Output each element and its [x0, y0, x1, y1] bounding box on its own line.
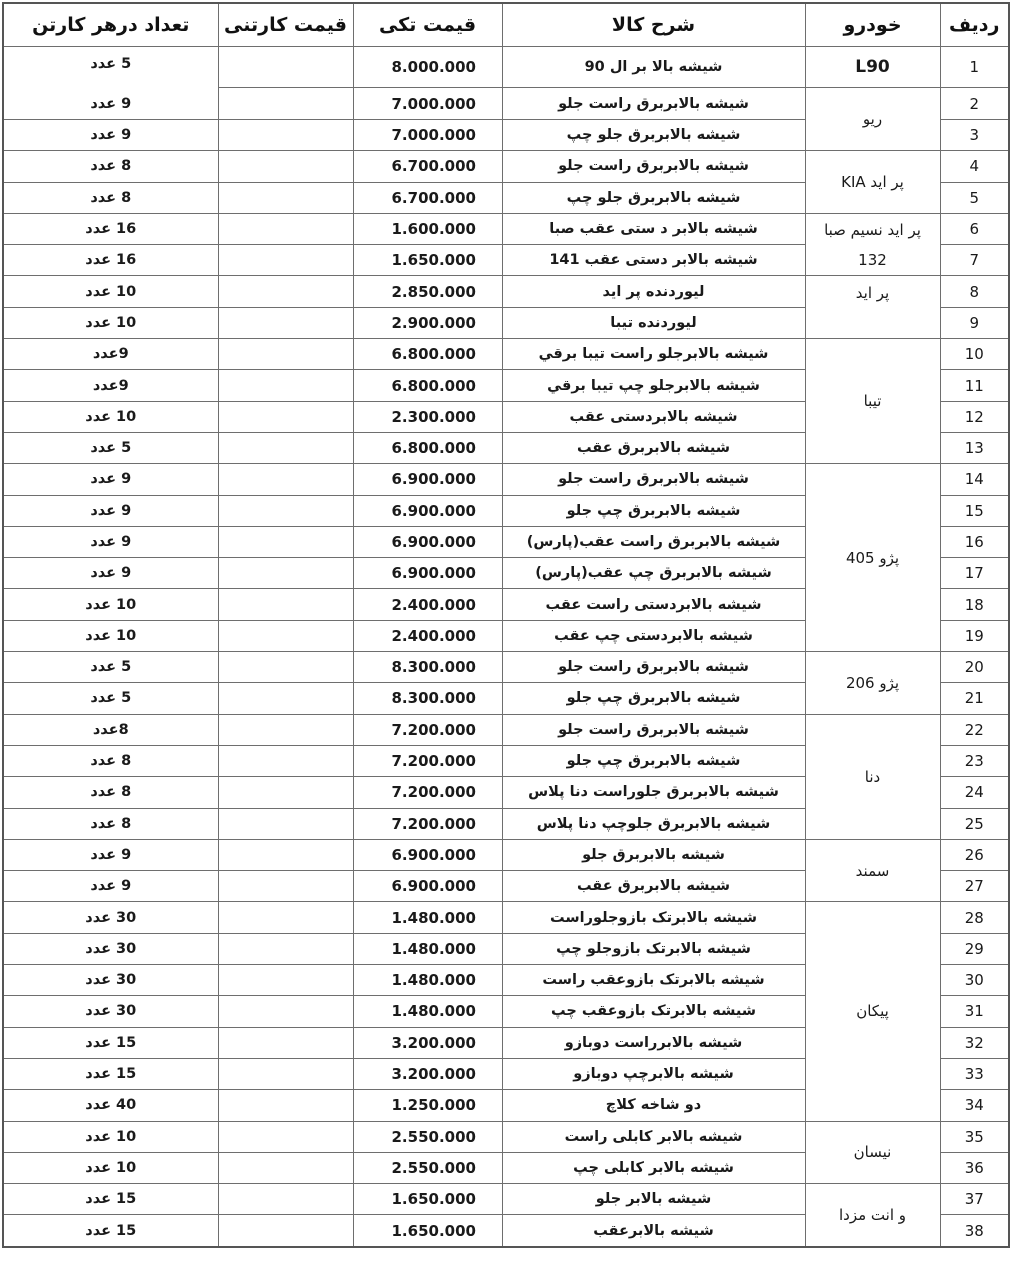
- vehicle-cell: سمند: [805, 839, 940, 902]
- description-cell: شیشه بالابرتک بازوجلو چپ: [502, 933, 805, 964]
- row-number: 18: [940, 589, 1009, 620]
- carton-price-cell: [218, 745, 353, 776]
- unit-price-cell: 8.300.000: [353, 652, 502, 683]
- header-description: شرح کالا: [502, 3, 805, 47]
- unit-price-cell: 6.900.000: [353, 526, 502, 557]
- qty-cell: 9عدد: [3, 339, 218, 370]
- carton-price-cell: [218, 1121, 353, 1152]
- unit-price-cell: 2.900.000: [353, 307, 502, 338]
- description-cell: شیشه بالابربرق جلوراست دنا پلاس: [502, 777, 805, 808]
- qty-cell: 10 عدد: [3, 589, 218, 620]
- table-row: 37 و انت مزدا شیشه بالابر جلو 1.650.000 …: [3, 1184, 1009, 1215]
- carton-price-cell: [218, 370, 353, 401]
- unit-price-cell: 1.480.000: [353, 965, 502, 996]
- description-cell: شیشه بالابربرق راست جلو: [502, 714, 805, 745]
- carton-price-cell: [218, 839, 353, 870]
- row-number: 22: [940, 714, 1009, 745]
- unit-price-cell: 6.700.000: [353, 182, 502, 213]
- unit-price-cell: 2.400.000: [353, 620, 502, 651]
- description-cell: شیشه بالابرجلو راست تیبا برقي: [502, 339, 805, 370]
- row-number: 38: [940, 1215, 1009, 1247]
- qty-cell: 15 عدد: [3, 1058, 218, 1089]
- qty-cell: 15 عدد: [3, 1215, 218, 1247]
- description-cell: شیشه بالابربرق چپ جلو: [502, 683, 805, 714]
- row-number: 17: [940, 558, 1009, 589]
- vehicle-cell: پژو 405: [805, 464, 940, 652]
- header-row: ردیف خودرو شرح کالا قیمت تکی قیمت کارتنی…: [3, 3, 1009, 47]
- row-number: 10: [940, 339, 1009, 370]
- carton-price-cell: [218, 620, 353, 651]
- vehicle-cell: دنا: [805, 714, 940, 839]
- carton-price-cell: [218, 808, 353, 839]
- carton-price-cell: [218, 933, 353, 964]
- description-cell: شیشه بالابردستی راست عقب: [502, 589, 805, 620]
- row-number: 32: [940, 1027, 1009, 1058]
- table-row: 6 پر اید نسیم صبا 132 شیشه بالابر د ستی …: [3, 213, 1009, 244]
- description-cell: شیشه بالابربرق چپ جلو: [502, 495, 805, 526]
- unit-price-cell: 2.550.000: [353, 1121, 502, 1152]
- row-number: 16: [940, 526, 1009, 557]
- row-number: 23: [940, 745, 1009, 776]
- row-number: 20: [940, 652, 1009, 683]
- unit-price-cell: 7.000.000: [353, 88, 502, 120]
- carton-price-cell: [218, 464, 353, 495]
- unit-price-cell: 2.550.000: [353, 1152, 502, 1183]
- carton-price-cell: [218, 777, 353, 808]
- description-cell: شیشه بالابربرق عقب: [502, 432, 805, 463]
- price-list-sheet: ردیف خودرو شرح کالا قیمت تکی قیمت کارتنی…: [2, 2, 1008, 1248]
- unit-price-cell: 3.200.000: [353, 1027, 502, 1058]
- unit-price-cell: 3.200.000: [353, 1058, 502, 1089]
- description-cell: شیشه بالابرتک بازوعقب راست: [502, 965, 805, 996]
- carton-price-cell: [218, 213, 353, 244]
- unit-price-cell: 1.600.000: [353, 213, 502, 244]
- description-cell: شیشه بالابربرق چپ عقب(پارس): [502, 558, 805, 589]
- row-number: 4: [940, 151, 1009, 182]
- qty-cell: 10 عدد: [3, 401, 218, 432]
- carton-price-cell: [218, 714, 353, 745]
- description-cell: شیشه بالابربرق عقب: [502, 871, 805, 902]
- qty-cell: 15 عدد: [3, 1027, 218, 1058]
- row-number: 5: [940, 182, 1009, 213]
- qty-cell: 30 عدد: [3, 933, 218, 964]
- table-row: 10 تیبا شیشه بالابرجلو راست تیبا برقي 6.…: [3, 339, 1009, 370]
- qty-cell: 9 عدد: [3, 871, 218, 902]
- unit-price-cell: 1.480.000: [353, 902, 502, 933]
- qty-cell: 9 عدد: [3, 464, 218, 495]
- header-vehicle: خودرو: [805, 3, 940, 47]
- unit-price-cell: 6.800.000: [353, 339, 502, 370]
- vehicle-cell: پر اید: [805, 276, 940, 339]
- row-number: 3: [940, 120, 1009, 151]
- qty-value: 5 عدد: [4, 49, 218, 79]
- carton-price-cell: [218, 1058, 353, 1089]
- description-cell: شیشه بالابربرق راست جلو: [502, 88, 805, 120]
- qty-cell: 10 عدد: [3, 620, 218, 651]
- header-row-no: ردیف: [940, 3, 1009, 47]
- header-unit-price: قیمت تکی: [353, 3, 502, 47]
- description-cell: شیشه بالابرعقب: [502, 1215, 805, 1247]
- description-cell: شیشه بالابر دستی عقب 141: [502, 245, 805, 276]
- row-number: 12: [940, 401, 1009, 432]
- table-row: 28 پیکان شیشه بالابرتک بازوجلوراست 1.480…: [3, 902, 1009, 933]
- description-cell: شیشه بالابرتک بازوجلوراست: [502, 902, 805, 933]
- unit-price-cell: 2.850.000: [353, 276, 502, 307]
- row-number: 15: [940, 495, 1009, 526]
- description-cell: شیشه بالابرجلو چپ تیبا برقي: [502, 370, 805, 401]
- carton-price-cell: [218, 47, 353, 88]
- description-cell: شیشه بالابربرق جلوچپ دنا پلاس: [502, 808, 805, 839]
- unit-price-cell: 7.200.000: [353, 714, 502, 745]
- unit-price-cell: 6.800.000: [353, 432, 502, 463]
- qty-cell: 5 عدد: [3, 683, 218, 714]
- table-row: 14 پژو 405 شیشه بالابربرق راست جلو 6.900…: [3, 464, 1009, 495]
- qty-cell: 9 عدد: [3, 120, 218, 151]
- unit-price-cell: 6.900.000: [353, 464, 502, 495]
- carton-price-cell: [218, 652, 353, 683]
- description-cell: شیشه بالابرچپ دوبازو: [502, 1058, 805, 1089]
- description-cell: شیشه بالابربرق راست جلو: [502, 464, 805, 495]
- unit-price-cell: 6.900.000: [353, 495, 502, 526]
- row-number: 13: [940, 432, 1009, 463]
- unit-price-cell: 7.200.000: [353, 777, 502, 808]
- qty-cell: 30 عدد: [3, 996, 218, 1027]
- description-cell: شیشه بالا بر ال 90: [502, 47, 805, 88]
- row-number: 9: [940, 307, 1009, 338]
- row-number: 1: [940, 47, 1009, 88]
- carton-price-cell: [218, 432, 353, 463]
- qty-cell: 8 عدد: [3, 808, 218, 839]
- unit-price-cell: 2.400.000: [353, 589, 502, 620]
- description-cell: شیشه بالابر کابلی راست: [502, 1121, 805, 1152]
- qty-cell: 9 عدد: [3, 558, 218, 589]
- description-cell: شیشه بالابربرق راست جلو: [502, 652, 805, 683]
- qty-cell: 9 عدد: [3, 526, 218, 557]
- carton-price-cell: [218, 1090, 353, 1121]
- unit-price-cell: 6.700.000: [353, 151, 502, 182]
- row-number: 14: [940, 464, 1009, 495]
- unit-price-cell: 6.900.000: [353, 871, 502, 902]
- row-number: 7: [940, 245, 1009, 276]
- description-cell: دو شاخه کلاچ: [502, 1090, 805, 1121]
- unit-price-cell: 1.480.000: [353, 996, 502, 1027]
- unit-price-cell: 1.650.000: [353, 245, 502, 276]
- qty-cell: 5 عدد: [3, 652, 218, 683]
- qty-cell: 30 عدد: [3, 902, 218, 933]
- row-number: 28: [940, 902, 1009, 933]
- carton-price-cell: [218, 182, 353, 213]
- unit-price-cell: 8.000.000: [353, 47, 502, 88]
- description-cell: شیشه بالابر کابلی چپ: [502, 1152, 805, 1183]
- carton-price-cell: [218, 245, 353, 276]
- row-number: 19: [940, 620, 1009, 651]
- qty-cell: 16 عدد: [3, 245, 218, 276]
- description-cell: شیشه بالابردستی چپ عقب: [502, 620, 805, 651]
- qty-cell: 30 عدد: [3, 965, 218, 996]
- description-cell: شیشه بالابر د ستی عقب صبا: [502, 213, 805, 244]
- row-number: 34: [940, 1090, 1009, 1121]
- carton-price-cell: [218, 1184, 353, 1215]
- carton-price-cell: [218, 88, 353, 120]
- qty-cell-merged: 5 عدد 9 عدد: [3, 47, 218, 120]
- carton-price-cell: [218, 151, 353, 182]
- row-number: 24: [940, 777, 1009, 808]
- description-cell: شیشه بالابر جلو: [502, 1184, 805, 1215]
- table-row: 35 نیسان شیشه بالابر کابلی راست 2.550.00…: [3, 1121, 1009, 1152]
- carton-price-cell: [218, 558, 353, 589]
- carton-price-cell: [218, 1215, 353, 1247]
- row-number: 2: [940, 88, 1009, 120]
- qty-cell: 10 عدد: [3, 1152, 218, 1183]
- carton-price-cell: [218, 401, 353, 432]
- carton-price-cell: [218, 276, 353, 307]
- table-row: 20 پژو 206 شیشه بالابربرق راست جلو 8.300…: [3, 652, 1009, 683]
- vehicle-cell: نیسان: [805, 1121, 940, 1184]
- vehicle-cell: و انت مزدا: [805, 1184, 940, 1247]
- unit-price-cell: 7.200.000: [353, 808, 502, 839]
- row-number: 35: [940, 1121, 1009, 1152]
- row-number: 31: [940, 996, 1009, 1027]
- carton-price-cell: [218, 683, 353, 714]
- row-number: 11: [940, 370, 1009, 401]
- table-row: 4 پر اید KIA شیشه بالابربرق راست جلو 6.7…: [3, 151, 1009, 182]
- row-number: 29: [940, 933, 1009, 964]
- row-number: 25: [940, 808, 1009, 839]
- description-cell: شیشه بالابربرق جلو چپ: [502, 120, 805, 151]
- qty-cell: 8عدد: [3, 714, 218, 745]
- carton-price-cell: [218, 120, 353, 151]
- qty-cell: 8 عدد: [3, 151, 218, 182]
- unit-price-cell: 1.650.000: [353, 1215, 502, 1247]
- qty-cell: 10 عدد: [3, 307, 218, 338]
- qty-cell: 15 عدد: [3, 1184, 218, 1215]
- description-cell: شیشه بالابربرق جلو چپ: [502, 182, 805, 213]
- table-row: 22 دنا شیشه بالابربرق راست جلو 7.200.000…: [3, 714, 1009, 745]
- unit-price-cell: 6.800.000: [353, 370, 502, 401]
- carton-price-cell: [218, 996, 353, 1027]
- qty-cell: 40 عدد: [3, 1090, 218, 1121]
- unit-price-cell: 7.000.000: [353, 120, 502, 151]
- vehicle-cell: ریو: [805, 88, 940, 151]
- description-cell: لیوردنده تیبا: [502, 307, 805, 338]
- unit-price-cell: 1.650.000: [353, 1184, 502, 1215]
- row-number: 33: [940, 1058, 1009, 1089]
- qty-cell: 8 عدد: [3, 182, 218, 213]
- description-cell: شیشه بالابربرق جلو: [502, 839, 805, 870]
- qty-cell: 9 عدد: [3, 839, 218, 870]
- carton-price-cell: [218, 589, 353, 620]
- carton-price-cell: [218, 495, 353, 526]
- vehicle-cell: تیبا: [805, 339, 940, 464]
- carton-price-cell: [218, 965, 353, 996]
- qty-cell: 5 عدد: [3, 432, 218, 463]
- description-cell: شیشه بالابربرق راست عقب(پارس): [502, 526, 805, 557]
- qty-cell: 10 عدد: [3, 276, 218, 307]
- qty-cell: 10 عدد: [3, 1121, 218, 1152]
- row-number: 26: [940, 839, 1009, 870]
- unit-price-cell: 1.250.000: [353, 1090, 502, 1121]
- unit-price-cell: 8.300.000: [353, 683, 502, 714]
- description-cell: شیشه بالابردستی عقب: [502, 401, 805, 432]
- carton-price-cell: [218, 526, 353, 557]
- price-table: ردیف خودرو شرح کالا قیمت تکی قیمت کارتنی…: [2, 2, 1010, 1248]
- row-number: 21: [940, 683, 1009, 714]
- qty-cell: 9عدد: [3, 370, 218, 401]
- header-carton-price: قیمت کارتنی: [218, 3, 353, 47]
- carton-price-cell: [218, 339, 353, 370]
- row-number: 37: [940, 1184, 1009, 1215]
- unit-price-cell: 6.900.000: [353, 839, 502, 870]
- vehicle-cell: L90: [805, 47, 940, 88]
- carton-price-cell: [218, 902, 353, 933]
- qty-cell: 9 عدد: [3, 495, 218, 526]
- description-cell: شیشه بالابرراست دوبازو: [502, 1027, 805, 1058]
- vehicle-cell: پیکان: [805, 902, 940, 1121]
- carton-price-cell: [218, 1027, 353, 1058]
- qty-cell: 8 عدد: [3, 745, 218, 776]
- carton-price-cell: [218, 871, 353, 902]
- unit-price-cell: 2.300.000: [353, 401, 502, 432]
- unit-price-cell: 6.900.000: [353, 558, 502, 589]
- table-row: 8 پر اید لیوردنده پر اید 2.850.000 10 عد…: [3, 276, 1009, 307]
- vehicle-cell: پژو 206: [805, 652, 940, 715]
- row-number: 36: [940, 1152, 1009, 1183]
- description-cell: لیوردنده پر اید: [502, 276, 805, 307]
- table-row: 1 L90 شیشه بالا بر ال 90 8.000.000 5 عدد…: [3, 47, 1009, 88]
- row-number: 8: [940, 276, 1009, 307]
- unit-price-cell: 1.480.000: [353, 933, 502, 964]
- row-number: 6: [940, 213, 1009, 244]
- description-cell: شیشه بالابربرق راست جلو: [502, 151, 805, 182]
- carton-price-cell: [218, 307, 353, 338]
- vehicle-cell: پر اید نسیم صبا 132: [805, 213, 940, 276]
- vehicle-cell: پر اید KIA: [805, 151, 940, 214]
- header-qty-per-carton: تعداد درهر کارتن: [3, 3, 218, 47]
- description-cell: شیشه بالابربرق چپ جلو: [502, 745, 805, 776]
- carton-price-cell: [218, 1152, 353, 1183]
- table-row: 26 سمند شیشه بالابربرق جلو 6.900.000 9 ع…: [3, 839, 1009, 870]
- row-number: 27: [940, 871, 1009, 902]
- qty-cell: 16 عدد: [3, 213, 218, 244]
- qty-value: 9 عدد: [4, 79, 218, 119]
- qty-cell: 8 عدد: [3, 777, 218, 808]
- row-number: 30: [940, 965, 1009, 996]
- unit-price-cell: 7.200.000: [353, 745, 502, 776]
- description-cell: شیشه بالابرتک بازوعقب چپ: [502, 996, 805, 1027]
